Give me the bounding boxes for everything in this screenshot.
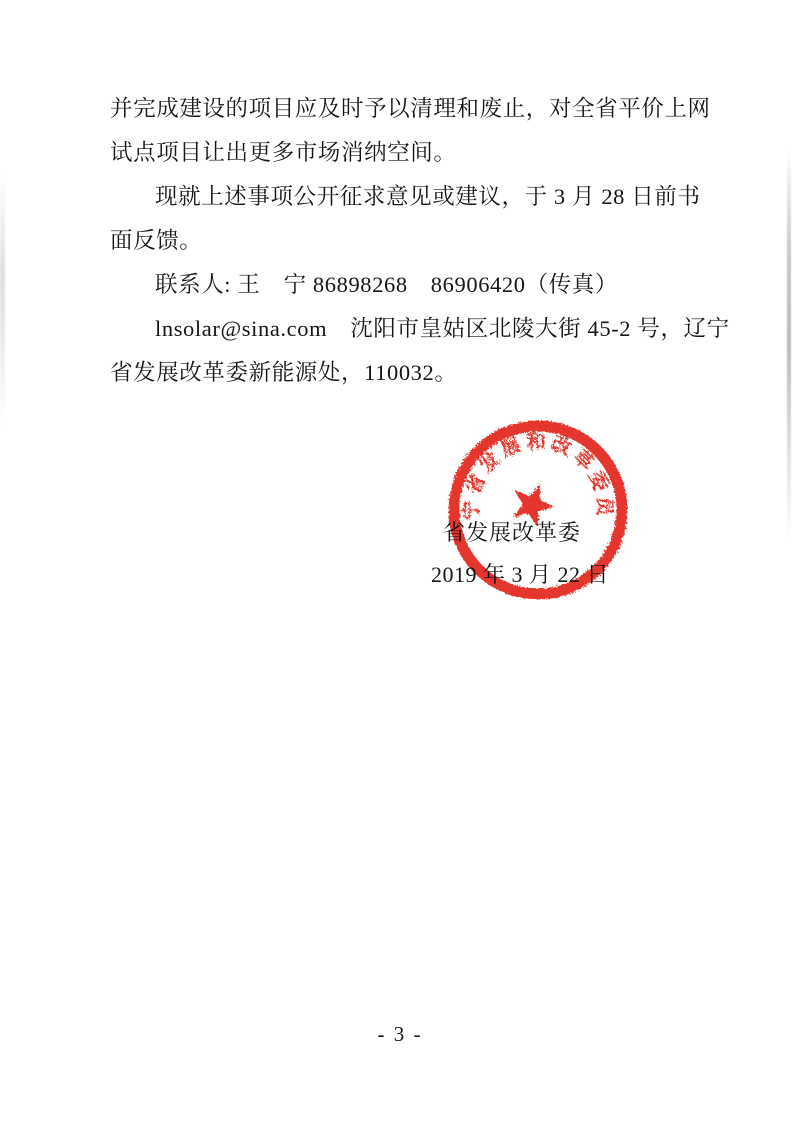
address-line: lnsolar@sina.com 沈阳市皇姑区北陵大街 45-2 号，辽宁 — [110, 307, 688, 351]
signature-org: 省发展改革委 — [443, 516, 581, 547]
scan-artifact-right-edge — [787, 150, 791, 540]
signature-date: 2019 年 3 月 22 日 — [431, 558, 609, 589]
page-number: - 3 - — [0, 1022, 800, 1047]
body-text: 并完成建设的项目应及时予以清理和废止，对全省平价上网 试点项目让出更多市场消纳空… — [110, 87, 688, 395]
body-text-line: 试点项目让出更多市场消纳空间。 — [110, 131, 688, 175]
body-text-line: 面反馈。 — [110, 219, 688, 263]
seal-ring-text: 辽宁省发展和改革委员会 — [438, 410, 615, 520]
contact-line: 联系人: 王 宁 86898268 86906420（传真） — [110, 263, 688, 307]
scan-artifact-left-edge — [0, 175, 5, 425]
document-page: 并完成建设的项目应及时予以清理和废止，对全省平价上网 试点项目让出更多市场消纳空… — [0, 0, 800, 1121]
body-text-line: 现就上述事项公开征求意见或建议，于 3 月 28 日前书 — [110, 175, 688, 219]
svg-text:辽宁省发展和改革委员会: 辽宁省发展和改革委员会 — [438, 410, 615, 520]
address-line: 省发展改革委新能源处，110032。 — [110, 351, 688, 395]
body-text-line: 并完成建设的项目应及时予以清理和废止，对全省平价上网 — [110, 87, 688, 131]
